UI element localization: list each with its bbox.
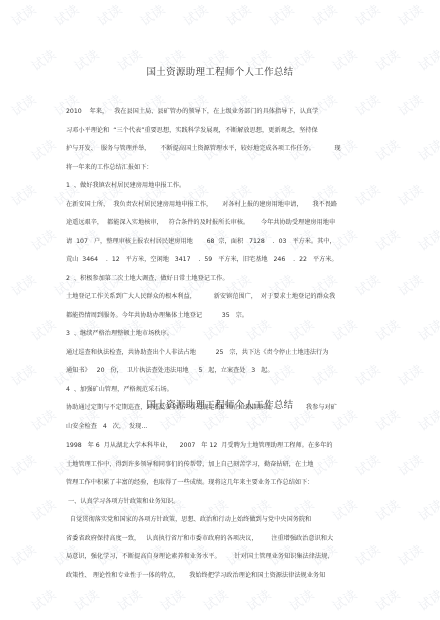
text-line: 局意识，强化学习，不断提高自身理论素养和业务水平。 针对国土管理业务知识集法律法…: [66, 553, 333, 561]
text-line: 山安全检查 4 次， 发现...: [66, 423, 147, 431]
watermark: 试读: [414, 584, 440, 614]
watermark: 试读: [394, 269, 426, 299]
watermark: 试读: [113, 584, 145, 614]
watermark: 试读: [414, 494, 440, 524]
watermark: 试读: [70, 584, 102, 614]
watermark: 试读: [414, 134, 440, 164]
watermark: 试读: [27, 134, 59, 164]
watermark: 试读: [328, 584, 360, 614]
watermark: 试读: [7, 269, 39, 299]
watermark: 试读: [7, 539, 39, 569]
watermark: 试读: [7, 89, 39, 119]
watermark: 试读: [394, 179, 426, 209]
watermark: 试读: [351, 449, 383, 479]
watermark: 试读: [308, 0, 340, 30]
text-line: 请 107 户，整理审核上报农村居民建房用地 68 宗，面积 7128 . 03…: [66, 238, 336, 246]
watermark-layer: 试读试读试读试读试读试读试读试读试读试读试读试读试读试读试读试读试读试读试读试读…: [0, 0, 440, 620]
watermark: 试读: [27, 584, 59, 614]
watermark: 试读: [199, 584, 231, 614]
watermark: 试读: [285, 314, 317, 344]
watermark: 试读: [394, 89, 426, 119]
watermark: 试读: [179, 0, 211, 30]
text-line: 荒山 3464 . 12 平方米，空闲地 3417 . 59 平方米，旧宅基地 …: [66, 256, 338, 264]
watermark: 试读: [371, 584, 403, 614]
text-line: 通知书》 20 份， 卫片执法查处违法用地 5 起，立案查处 3 起。: [66, 367, 274, 375]
watermark: 试读: [27, 224, 59, 254]
text-line: 4 、加强矿山管理，严格规范采石场。: [66, 386, 173, 394]
watermark: 试读: [285, 584, 317, 614]
watermark: 试读: [414, 314, 440, 344]
watermark: 试读: [371, 134, 403, 164]
watermark: 试读: [27, 314, 59, 344]
watermark: 试读: [328, 494, 360, 524]
text-line: 1998 年 6 月从湖北大学本科毕业， 2007 年 12 月受聘为土地管理助…: [66, 442, 333, 450]
watermark: 试读: [371, 224, 403, 254]
watermark: 试读: [242, 584, 274, 614]
watermark: 试读: [351, 0, 383, 30]
text-line: 省委省政府保持高度一致， 认真执行省厅和市委市政府的各项决议， 注重增强政治意识…: [66, 535, 333, 543]
text-line: 政策性、 理论性和专业性于一体的特点， 我始终把学习政治理论和国土资源法律法规业…: [66, 572, 325, 580]
watermark: 试读: [351, 179, 383, 209]
watermark: 试读: [371, 314, 403, 344]
watermark: 试读: [265, 0, 297, 30]
watermark: 试读: [394, 0, 426, 30]
text-line: 土地登记工作关系到广大人民群众的根本利益， 新安镇范围广， 对于要求土地登记的群…: [66, 293, 335, 301]
text-line: 通过巡查和执法检查，共协助查出个人非法占地 25 宗，共下达《责令停止土地违法行…: [66, 349, 328, 357]
text-line: 将一年来的工作总结汇报如下：: [66, 164, 153, 172]
watermark: 试读: [27, 494, 59, 524]
watermark: 试读: [351, 539, 383, 569]
watermark: 试读: [308, 359, 340, 389]
text-line: 管理工作中积累了丰富的经验，也取得了一些成绩。现将这几年来主要业务工作总结如下：: [66, 479, 314, 487]
watermark: 试读: [156, 584, 188, 614]
watermark: 试读: [351, 359, 383, 389]
text-line: 2010 年来， 我在县国土局、县矿管办的领导下，在上级业务部门的具体指导下，认…: [66, 108, 318, 116]
text-line: 3 、继续严格治理整顿土地市场秩序。: [66, 330, 173, 338]
section2-title: 国土资源助理工程师个人工作总结: [0, 397, 440, 411]
watermark: 试读: [328, 314, 360, 344]
watermark: 试读: [351, 269, 383, 299]
watermark: 试读: [371, 494, 403, 524]
text-line: 一、认真学习各项方针政策和业务知识。: [66, 498, 179, 506]
watermark: 试读: [7, 359, 39, 389]
watermark: 试读: [93, 0, 125, 30]
watermark: 试读: [50, 0, 82, 30]
watermark: 试读: [7, 179, 39, 209]
text-line: 都能热情周到服务。今年共协助办理集体土地登记 35 宗。: [66, 312, 248, 320]
watermark: 试读: [136, 0, 168, 30]
watermark: 试读: [394, 449, 426, 479]
watermark: 试读: [351, 89, 383, 119]
text-line: 习邓小平理论和 “三个代表”重要思想，实践科学发展观，不断解放思想，更新观念，坚…: [66, 127, 318, 135]
text-line: 自觉贯彻落实党和国家的各项方针政策，思想、政治和行动上始终做到与党中央国务院和: [66, 516, 311, 524]
text-line: 2 、积极参加第二次土地大调查，做好日常土地登记工作。: [66, 275, 229, 283]
watermark: 试读: [394, 359, 426, 389]
text-line: 途遥远艰辛， 都能深入实地核审， 符合条件的及时报所长审核。 今年共协助受理建房…: [66, 219, 335, 227]
watermark: 试读: [222, 0, 254, 30]
text-line: 护与开发、 服务与管理并举， 不断提高国土资源管理水平，较好地完成各项工作任务。…: [66, 145, 341, 153]
section1-title: 国土资源助理工程师个人工作总结: [0, 64, 440, 78]
watermark: 试读: [7, 449, 39, 479]
watermark: 试读: [414, 224, 440, 254]
text-line: 在新安国土所， 我负责农村居民建房用地申报工作， 对各村上报的建房用地申请， 我…: [66, 201, 337, 209]
text-line: 1 、做好我镇农村居民建房用地申报工作。: [66, 182, 185, 190]
watermark: 试读: [7, 0, 39, 30]
watermark: 试读: [394, 539, 426, 569]
text-line: 土地管理工作中，得到许多领导和同事们的传帮带，加上自己刻苦学习，勤奋钻研，在土地: [66, 461, 314, 469]
